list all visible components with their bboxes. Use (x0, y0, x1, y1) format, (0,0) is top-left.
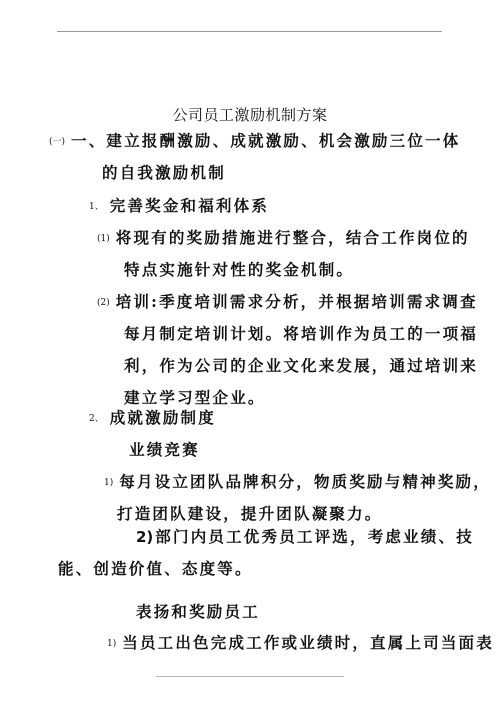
list-item: 1)当员工出色完成工作或业绩时，直属上司当面表 (107, 631, 494, 653)
subsection-heading-text: 成就激励制度 (110, 408, 216, 427)
subsection-heading: 1、完善奖金和福利体系 (89, 194, 269, 216)
group-heading: 表扬和奖励员工 (136, 600, 260, 622)
section-heading: (一)一、建立报酬激励、成就激励、机会激励三位一体 (49, 129, 460, 151)
item-line: 每月设立团队品牌积分，物质奖励与精神奖励， (119, 472, 491, 491)
header-rule (57, 31, 442, 32)
document-title: 公司员工激励机制方案 (0, 104, 500, 125)
item-line: 部门内员工优秀员工评选，考虑业绩、技 (155, 527, 474, 546)
item-line: 当员工出色完成工作或业绩时，直属上司当面表 (122, 633, 494, 652)
item-marker: (1) (97, 234, 110, 244)
item-line: 打造团队建设，提升团队凝聚力。 (117, 502, 383, 524)
section-heading-line1: 一、建立报酬激励、成就激励、机会激励三位一体 (71, 131, 460, 150)
item-line: 每月制定培训计划。将培训作为员工的一项福 (124, 322, 478, 344)
section-marker: (一) (49, 137, 65, 147)
list-item: (2)培训:季度培训需求分析，并根据培训需求调查 (97, 290, 478, 312)
subsection-heading-text: 完善奖金和福利体系 (110, 196, 269, 215)
subsection-heading: 2、成就激励制度 (89, 406, 216, 428)
item-line: 建立学习型企业。 (124, 386, 266, 408)
subsection-marker: 1、 (89, 202, 104, 212)
item-line: 能、创造价值、态度等。 (58, 557, 253, 579)
subsection-marker: 2、 (89, 414, 104, 424)
list-item: (1)将现有的奖励措施进行整合，结合工作岗位的 (97, 226, 470, 248)
item-marker: 1) (104, 478, 113, 488)
item-marker: 1) (107, 639, 116, 649)
item-line: 培训:季度培训需求分析，并根据培训需求调查 (116, 292, 478, 311)
item-line: 特点实施针对性的奖金机制。 (124, 258, 354, 280)
item-line: 将现有的奖励措施进行整合，结合工作岗位的 (116, 228, 470, 247)
list-item: 1)每月设立团队品牌积分，物质奖励与精神奖励， (104, 470, 491, 492)
list-item: 2)部门内员工优秀员工评选，考虑业绩、技 (136, 525, 474, 547)
footer-rule (156, 676, 344, 677)
item-line: 利，作为公司的企业文化来发展，通过培训来 (124, 354, 478, 376)
item-marker: 2) (136, 528, 153, 546)
section-heading-line2: 的自我激励机制 (102, 161, 226, 183)
item-marker: (2) (97, 298, 110, 308)
group-heading: 业绩竞赛 (129, 438, 200, 460)
